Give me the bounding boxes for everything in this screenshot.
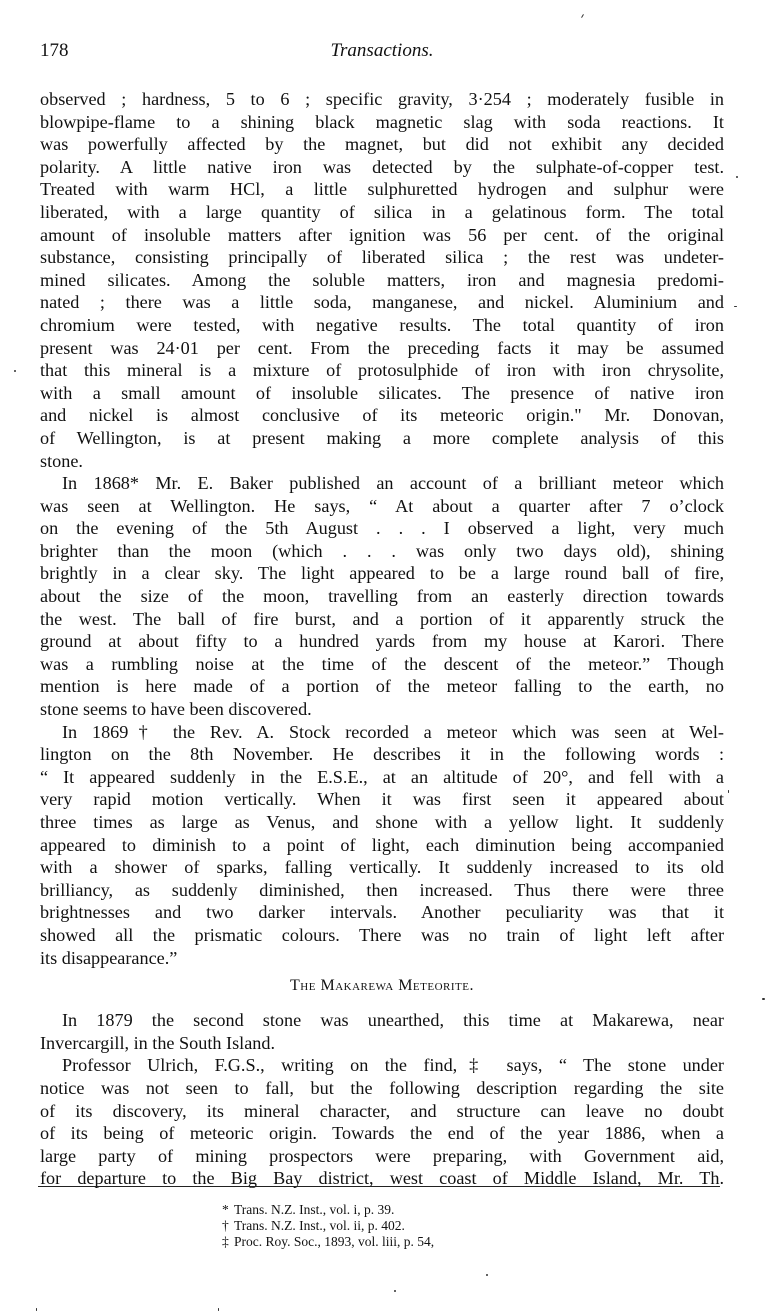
text-line: stone. xyxy=(40,450,724,473)
footnote-mark: † xyxy=(222,1218,234,1234)
text-line: large party of mining prospectors were p… xyxy=(40,1145,724,1168)
text-line: on the evening of the 5th August . . . I… xyxy=(40,517,724,540)
text-line: present was 24·01 per cent. From the pre… xyxy=(40,337,724,360)
text-line: three times as large as Venus, and shone… xyxy=(40,811,724,834)
text-line: showed all the prismatic colours. There … xyxy=(40,924,724,947)
text-line: of its discovery, its mineral character,… xyxy=(40,1100,724,1123)
footnote-text: Trans. N.Z. Inst., vol. ii, p. 402. xyxy=(234,1218,405,1233)
text-line: the west. The ball of fire burst, and a … xyxy=(40,608,724,631)
text-line: amount of insoluble matters after igniti… xyxy=(40,224,724,247)
text-line: mention is here made of a portion of the… xyxy=(40,675,724,698)
text-line: brighter than the moon (which . . . was … xyxy=(40,540,724,563)
text-line: that this mineral is a mixture of protos… xyxy=(40,359,724,382)
scan-speck xyxy=(394,1290,396,1292)
scan-speck xyxy=(736,176,738,178)
text-line: In 1869† the Rev. A. Stock recorded a me… xyxy=(40,721,724,744)
paragraph-mineral-analysis: observed ; hardness, 5 to 6 ; specific g… xyxy=(40,88,724,472)
document-page: 178 Transactions. observed ; hardness, 5… xyxy=(0,0,774,1312)
text-line: its disappearance.” xyxy=(40,947,724,970)
footnote-divider xyxy=(38,1186,720,1187)
scan-speck xyxy=(218,1308,219,1311)
running-title: Transactions. xyxy=(40,40,724,62)
text-line: with a shower of sparks, falling vertica… xyxy=(40,856,724,879)
text-line: In 1879 the second stone was unearthed, … xyxy=(40,1009,724,1032)
text-line: appeared to diminish to a point of light… xyxy=(40,834,724,857)
text-line: ground at about fifty to a hundred yards… xyxy=(40,630,724,653)
scan-speck xyxy=(36,1308,37,1311)
text-line: liberated, with a large quantity of sili… xyxy=(40,201,724,224)
scan-speck xyxy=(581,14,584,18)
text-line: notice was not seen to fall, but the fol… xyxy=(40,1077,724,1100)
scan-speck xyxy=(734,306,737,307)
text-line: Professor Ulrich, F.G.S., writing on the… xyxy=(40,1054,724,1077)
text-line: was seen at Wellington. He says, “ At ab… xyxy=(40,495,724,518)
scan-speck xyxy=(762,998,765,1000)
footnote-item: *Trans. N.Z. Inst., vol. i, p. 39. xyxy=(222,1202,622,1218)
text-line: very rapid motion vertically. When it wa… xyxy=(40,788,724,811)
paragraph-makarewa-1879: In 1879 the second stone was unearthed, … xyxy=(40,1009,724,1054)
text-line: substance, consisting principally of lib… xyxy=(40,246,724,269)
scan-speck xyxy=(728,790,729,793)
footnote-item: ‡Proc. Roy. Soc., 1893, vol. liii, p. 54… xyxy=(222,1234,622,1250)
text-line: observed ; hardness, 5 to 6 ; specific g… xyxy=(40,88,724,111)
text-line: stone seems to have been discovered. xyxy=(40,698,724,721)
paragraph-ulrich: Professor Ulrich, F.G.S., writing on the… xyxy=(40,1054,724,1190)
text-line: with a small amount of insoluble silicat… xyxy=(40,382,724,405)
paragraph-stock-meteor-1869: In 1869† the Rev. A. Stock recorded a me… xyxy=(40,721,724,970)
footnote-text: Trans. N.Z. Inst., vol. i, p. 39. xyxy=(234,1202,394,1217)
text-line: brightnesses and two darker intervals. A… xyxy=(40,901,724,924)
text-line: chromium were tested, with negative resu… xyxy=(40,314,724,337)
text-line: was powerfully affected by the magnet, b… xyxy=(40,133,724,156)
text-line: blowpipe-flame to a shining black magnet… xyxy=(40,111,724,134)
text-line: and nickel is almost conclusive of its m… xyxy=(40,404,724,427)
section-heading: The Makarewa Meteorite. xyxy=(40,975,724,997)
text-line: lington on the 8th November. He describe… xyxy=(40,743,724,766)
text-line: polarity. A little native iron was detec… xyxy=(40,156,724,179)
text-line: Invercargill, in the South Island. xyxy=(40,1032,724,1055)
scan-speck xyxy=(486,1274,488,1276)
footnote-mark: ‡ xyxy=(222,1234,234,1250)
paragraph-baker-meteor-1868: In 1868* Mr. E. Baker published an accou… xyxy=(40,472,724,721)
scan-speck xyxy=(14,370,16,372)
text-line: nated ; there was a little soda, mangane… xyxy=(40,291,724,314)
text-line: brilliancy, as suddenly diminished, then… xyxy=(40,879,724,902)
footnote-text: Proc. Roy. Soc., 1893, vol. liii, p. 54, xyxy=(234,1234,434,1249)
text-line: of Wellington, is at present making a mo… xyxy=(40,427,724,450)
footnote-item: †Trans. N.Z. Inst., vol. ii, p. 402. xyxy=(222,1218,622,1234)
text-line: was a rumbling noise at the time of the … xyxy=(40,653,724,676)
text-line: brightly in a clear sky. The light appea… xyxy=(40,562,724,585)
text-line: of its being of meteoric origin. Towards… xyxy=(40,1122,724,1145)
footnotes: *Trans. N.Z. Inst., vol. i, p. 39. †Tran… xyxy=(222,1202,622,1250)
text-line: about the size of the moon, travelling f… xyxy=(40,585,724,608)
text-line: mined silicates. Among the soluble matte… xyxy=(40,269,724,292)
footnote-mark: * xyxy=(222,1202,234,1218)
text-line: In 1868* Mr. E. Baker published an accou… xyxy=(40,472,724,495)
text-line: Treated with warm HCl, a little sulphure… xyxy=(40,178,724,201)
text-line: “ It appeared suddenly in the E.S.E., at… xyxy=(40,766,724,789)
body-text: observed ; hardness, 5 to 6 ; specific g… xyxy=(40,88,724,1190)
running-head: 178 Transactions. xyxy=(40,40,724,64)
